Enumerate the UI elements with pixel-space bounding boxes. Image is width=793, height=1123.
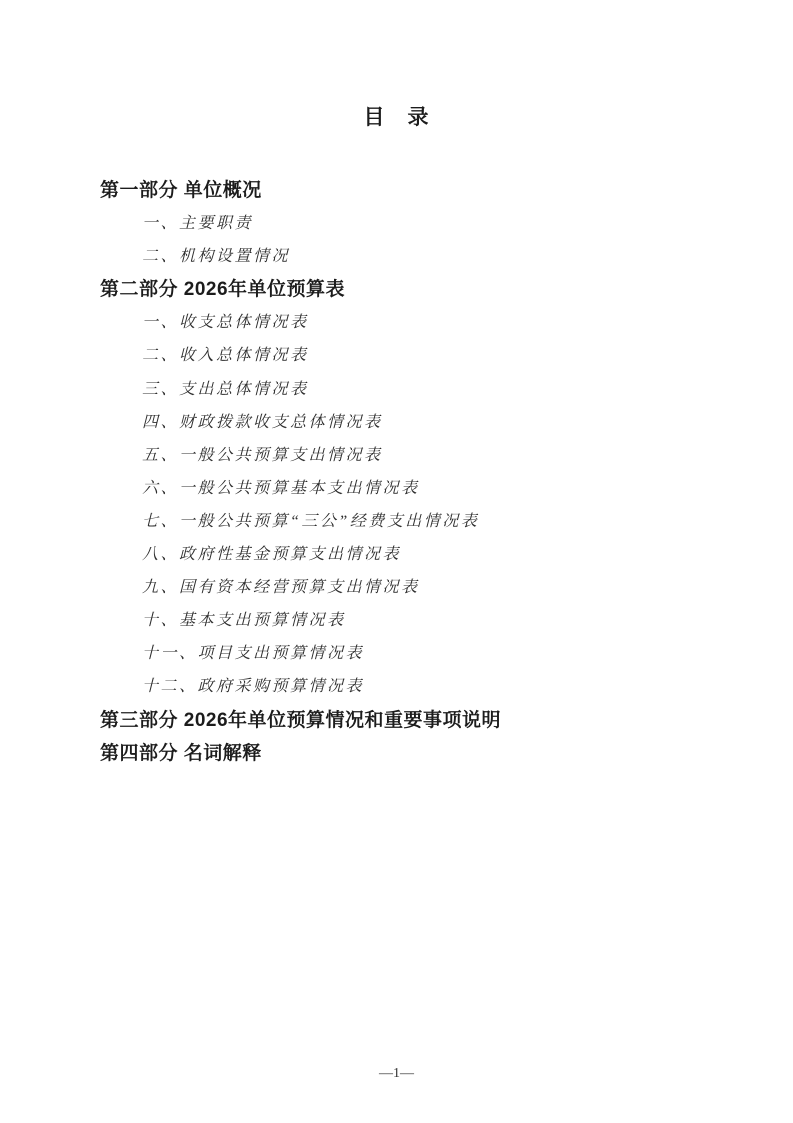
toc-part-2-heading: 第二部分 2026年单位预算表 (100, 273, 753, 306)
toc-item: 十二、政府采购预算情况表 (100, 670, 753, 703)
toc-item: 二、机构设置情况 (100, 240, 753, 273)
toc-item: 十、基本支出预算情况表 (100, 604, 753, 637)
toc-item: 五、一般公共预算支出情况表 (100, 439, 753, 472)
toc-item: 二、收入总体情况表 (100, 339, 753, 372)
table-of-contents: 第一部分 单位概况 一、主要职责 二、机构设置情况 第二部分 2026年单位预算… (100, 174, 753, 770)
toc-item: 十一、项目支出预算情况表 (100, 637, 753, 670)
toc-item: 一、收支总体情况表 (100, 306, 753, 339)
toc-item: 七、一般公共预算“三公”经费支出情况表 (100, 505, 753, 538)
toc-part-3-heading: 第三部分 2026年单位预算情况和重要事项说明 (100, 704, 753, 737)
toc-part-1-heading: 第一部分 单位概况 (100, 174, 753, 207)
toc-item: 六、一般公共预算基本支出情况表 (100, 472, 753, 505)
page-number: —1— (0, 1066, 793, 1082)
toc-item: 四、财政拨款收支总体情况表 (100, 406, 753, 439)
toc-item: 九、国有资本经营预算支出情况表 (100, 571, 753, 604)
toc-item: 一、主要职责 (100, 207, 753, 240)
toc-part-4-heading: 第四部分 名词解释 (100, 737, 753, 770)
toc-item: 八、政府性基金预算支出情况表 (100, 538, 753, 571)
page-title: 目 录 (0, 101, 793, 131)
toc-item: 三、支出总体情况表 (100, 373, 753, 406)
